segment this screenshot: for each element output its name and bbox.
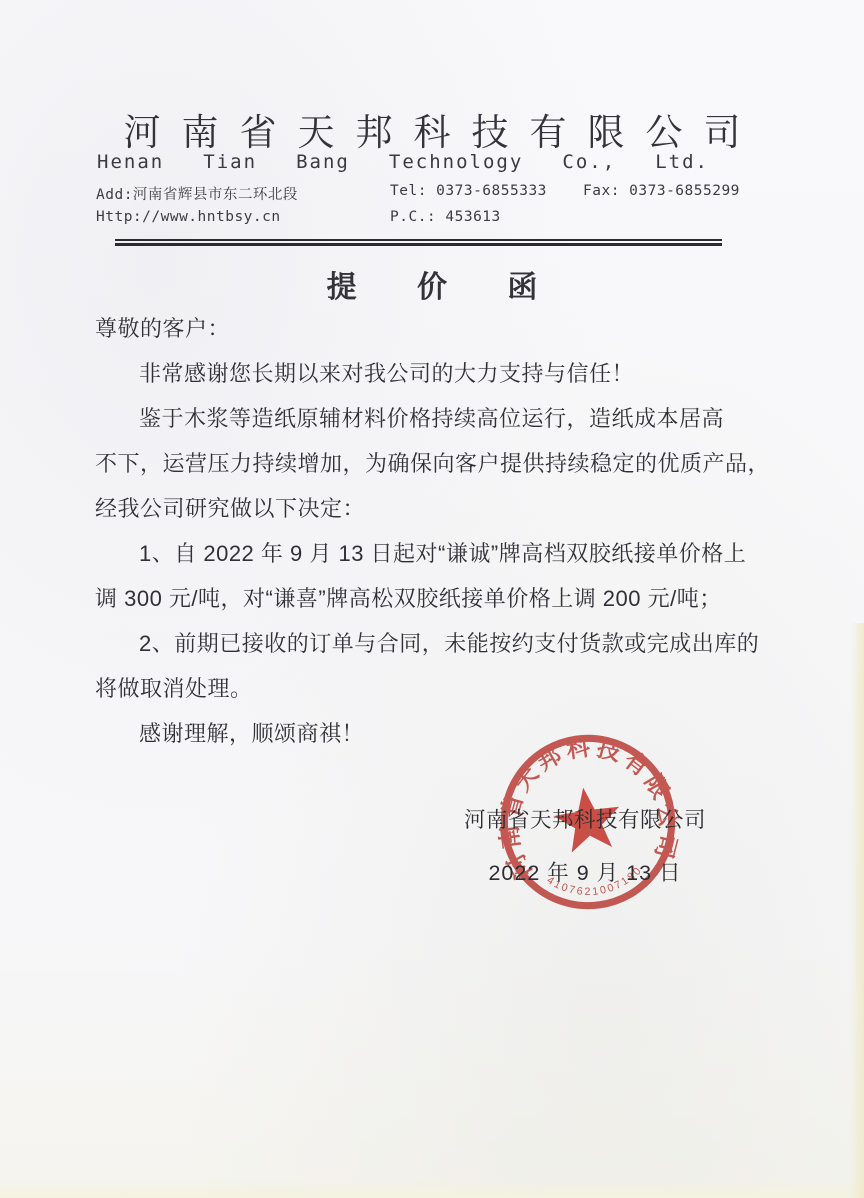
company-fax: Fax: 0373-6855299 [583, 183, 740, 199]
letter-title: 提 价 函 [0, 262, 864, 306]
signature-block: 河南省天邦科技有限公司 2022 年 9 月 13 日 [455, 803, 715, 887]
body-line: 经我公司研究做以下决定： [95, 486, 777, 531]
letter-body: 尊敬的客户： 非常感谢您长期以来对我公司的大力支持与信任！ 鉴于木浆等造纸原辅材… [95, 306, 777, 756]
company-name-en-word: Technology [389, 151, 523, 173]
company-address: Add:河南省辉县市东二环北段 [96, 183, 298, 204]
signature-date: 2022 年 9 月 13 日 [455, 856, 715, 887]
signature-company: 河南省天邦科技有限公司 [455, 803, 715, 834]
company-name-en-word: Ltd. [655, 151, 709, 173]
company-name-en-word: Bang [296, 151, 350, 173]
company-website: Http://www.hntbsy.cn [96, 209, 281, 225]
body-line: 非常感谢您长期以来对我公司的大力支持与信任！ [95, 351, 777, 396]
company-name-en: Henan Tian Bang Technology Co., Ltd. [97, 151, 709, 173]
body-line: 鉴于木浆等造纸原辅材料价格持续高位运行，造纸成本居高 [95, 396, 777, 441]
company-name-en-word: Co., [562, 151, 616, 173]
company-postal-code: P.C.: 453613 [390, 209, 501, 225]
letterhead-divider-double-rule [115, 239, 722, 246]
company-name-en-word: Henan [97, 151, 164, 173]
body-line: 不下，运营压力持续增加，为确保向客户提供持续稳定的优质产品， [95, 441, 777, 486]
company-tel: Tel: 0373-6855333 [390, 183, 547, 199]
body-line: 调 300 元/吨，对“谦喜”牌高松双胶纸接单价格上调 200 元/吨； [95, 576, 777, 621]
company-name-en-word: Tian [203, 151, 257, 173]
scanned-letter-page: 河南省天邦科技有限公司 Henan Tian Bang Technology C… [0, 0, 864, 1198]
body-line-item-1: 1、自 2022 年 9 月 13 日起对“谦诚”牌高档双胶纸接单价格上 [95, 531, 777, 576]
body-line-item-2: 2、前期已接收的订单与合同，未能按约支付货款或完成出库的 [95, 621, 777, 666]
salutation-line: 尊敬的客户： [95, 306, 777, 351]
company-name-cn: 河南省天邦科技有限公司 [0, 102, 864, 156]
body-line: 将做取消处理。 [95, 666, 777, 711]
